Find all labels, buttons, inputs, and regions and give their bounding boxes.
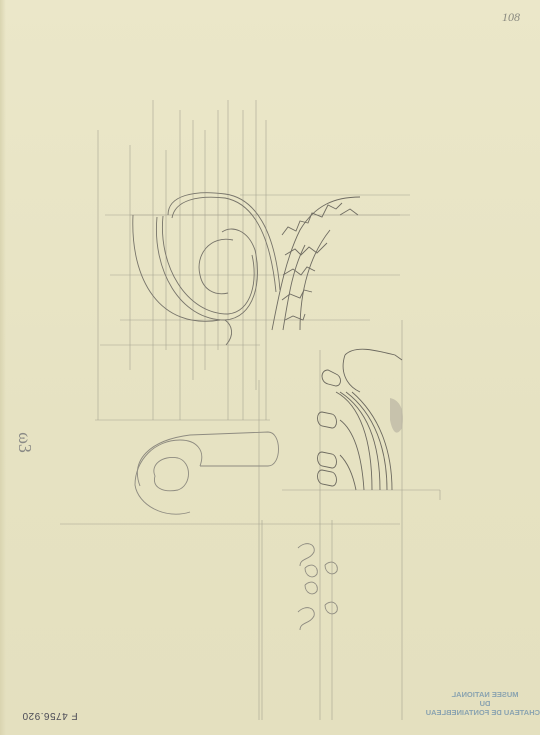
stamp-line: MUSEE NATIONAL	[430, 690, 540, 699]
folio-number: 108	[502, 10, 520, 25]
stamp-line: CHATEAU DE FONTAINEBLEAU	[430, 708, 540, 717]
inventory-number: F 4756.920	[22, 710, 78, 721]
side-note: ω3	[14, 432, 35, 453]
museum-stamp: MUSEE NATIONAL DU CHATEAU DE FONTAINEBLE…	[430, 690, 540, 717]
pencil-drawing	[0, 0, 540, 735]
stamp-line: DU	[430, 699, 540, 708]
